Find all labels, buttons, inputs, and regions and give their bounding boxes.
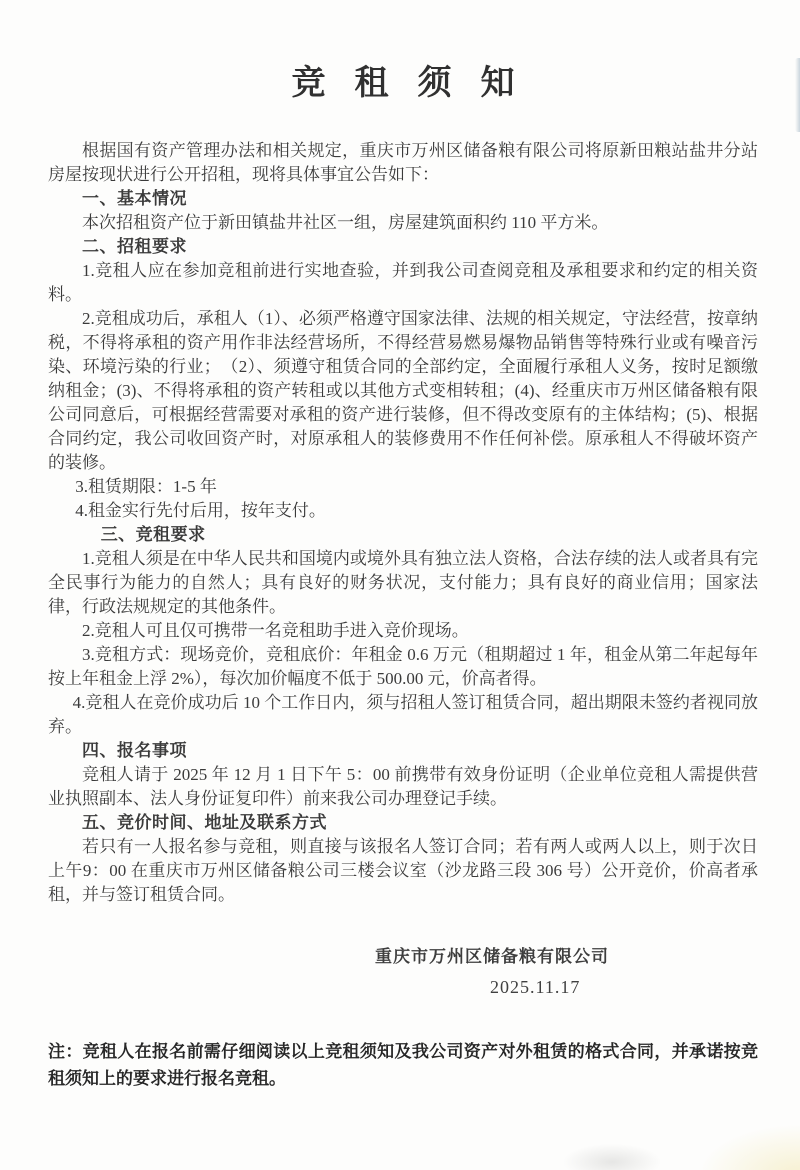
document-title: 竞租须知 <box>48 64 758 104</box>
section-5-heading: 五、竞价时间、地址及联系方式 <box>48 811 758 835</box>
document-body: 根据国有资产管理办法和相关规定，重庆市万州区储备粮有限公司将原新田粮站盐井分站房… <box>48 139 758 907</box>
section-4-heading: 四、报名事项 <box>48 739 758 763</box>
section-2-heading: 二、招租要求 <box>48 235 758 259</box>
section-1-paragraph-1: 本次招租资产位于新田镇盐井社区一组，房屋建筑面积约 110 平方米。 <box>48 211 758 235</box>
section-3-paragraph-1: 1.竞租人须是在中华人民共和国境内或境外具有独立法人资格，合法存续的法人或者具有… <box>48 547 758 619</box>
intro-paragraph: 根据国有资产管理办法和相关规定，重庆市万州区储备粮有限公司将原新田粮站盐井分站房… <box>48 139 758 187</box>
section-3-paragraph-3: 3.竞租方式：现场竞价，竞租底价：年租金 0.6 万元（租期超过 1 年，租金从… <box>48 643 758 691</box>
section-2-paragraph-3: 3.租赁期限：1-5 年 <box>48 475 758 499</box>
footnote: 注：竞租人在报名前需仔细阅读以上竞租须知及我公司资产对外租赁的格式合同，并承诺按… <box>48 1038 758 1092</box>
section-2-paragraph-1: 1.竞租人应在参加竞租前进行实地查验，并到我公司查阅竞租及承租要求和约定的相关资… <box>48 259 758 307</box>
section-5-paragraph-1: 若只有一人报名参与竞租，则直接与该报名人签订合同；若有两人或两人以上，则于次日上… <box>48 835 758 907</box>
signature-block: 重庆市万州区储备粮有限公司 2025.11.17 <box>48 944 758 1000</box>
section-4-paragraph-1: 竞租人请于 2025 年 12 月 1 日下午 5：00 前携带有效身份证明（企… <box>48 763 758 811</box>
section-1-heading: 一、基本情况 <box>48 187 758 211</box>
section-2-paragraph-2: 2.竞租成功后，承租人（1）、必须严格遵守国家法律、法规的相关规定，守法经营，按… <box>48 307 758 475</box>
section-3-heading: 三、竞租要求 <box>48 523 758 547</box>
scan-edge-artifact <box>795 58 800 132</box>
section-2-paragraph-4: 4.租金实行先付后用，按年支付。 <box>48 499 758 523</box>
signature-date: 2025.11.17 <box>48 974 758 1000</box>
signature-company: 重庆市万州区储备粮有限公司 <box>48 944 758 970</box>
section-3-paragraph-2: 2.竞租人可且仅可携带一名竞租助手进入竞价现场。 <box>48 619 758 643</box>
section-3-paragraph-4: 4.竞租人在竞价成功后 10 个工作日内，须与招租人签订租赁合同，超出期限未签约… <box>48 691 758 739</box>
document-page: 竞租须知 根据国有资产管理办法和相关规定，重庆市万州区储备粮有限公司将原新田粮站… <box>0 0 800 1170</box>
